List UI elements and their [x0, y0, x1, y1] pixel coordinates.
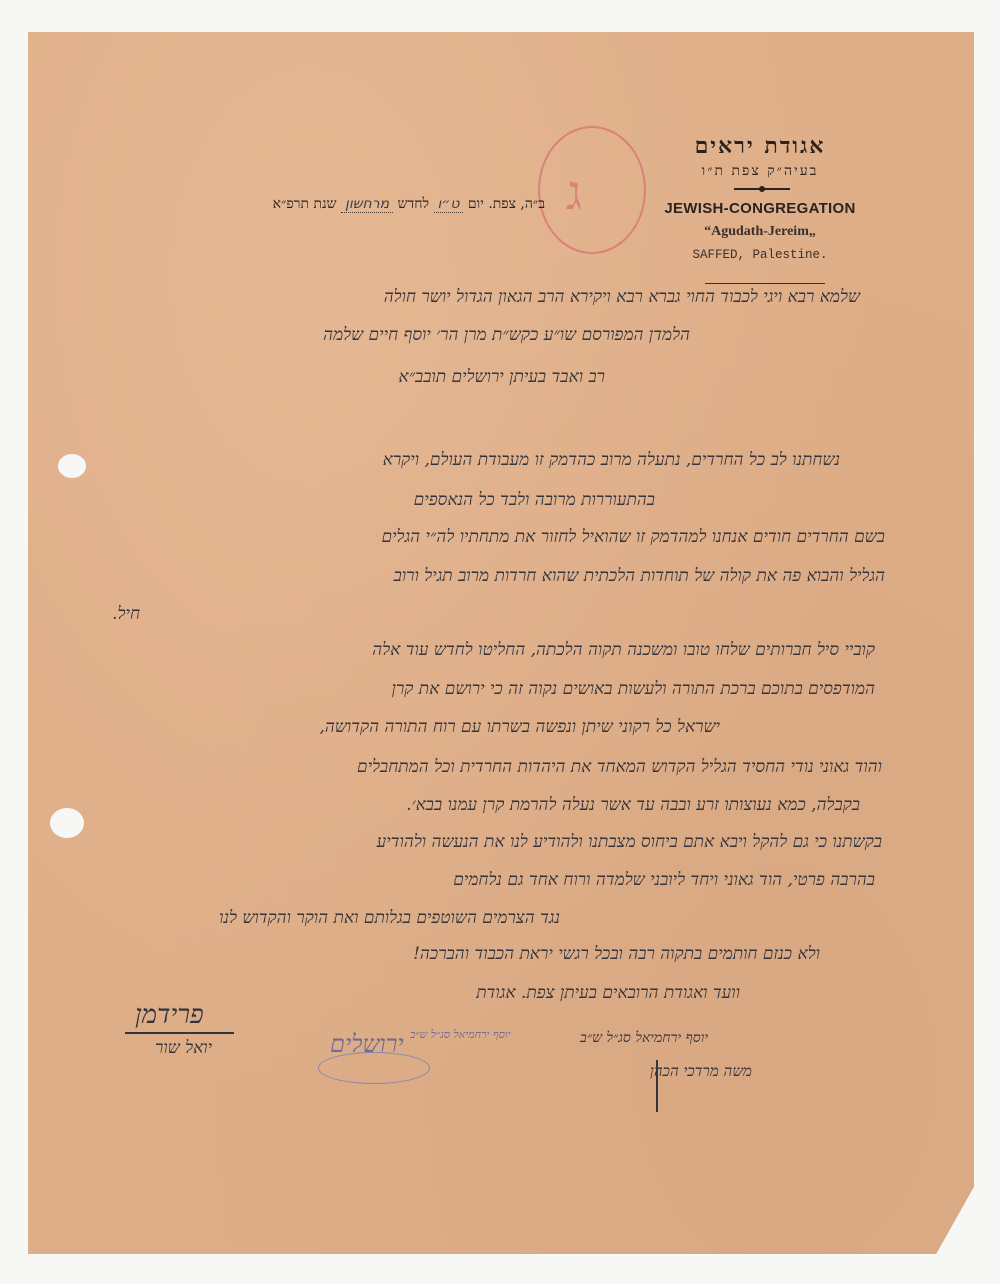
signature-yoel-shur: יואל שור — [155, 1038, 212, 1058]
body-line-14: ולא כנזם חותמים בתקוה רבה ובכל רגשי יראת… — [413, 944, 820, 964]
letterhead-english-place: SAFFED, Palestine. — [650, 248, 870, 262]
letterhead-ornament — [734, 188, 790, 190]
body-line-9: והוד גאוני נודי החסיד הגליל הקדוש המאחד … — [357, 757, 882, 777]
dateline-day: ט״ו — [434, 196, 464, 213]
dateline-year: שנת תרפ״א — [273, 196, 337, 212]
body-line-10: בקבלה, כמא נעוצותו זרע ובבה עד אשר נעלה … — [406, 795, 860, 815]
letterhead-english-name: “Agudath-Jereim„ — [650, 224, 870, 240]
body-line-3: בשם החרדים חודים אנחנו למהדמק זו שהואיל … — [381, 527, 885, 547]
salutation-line-3: רב ואבד בעיתן ירושלים תובב״א — [398, 367, 605, 387]
salutation-line-2: הלמדן המפורסם שו״ע כקש״ת מרן הר׳ יוסף חי… — [323, 325, 690, 345]
body-line-6: קוביי סיל חברותים שלחו טובו ומשכנה תקוה … — [372, 640, 875, 660]
body-line-11: בקשתנו כי גם להקל ויבא אתם ביחוס מצבתנו … — [377, 832, 882, 852]
red-circle-stamp — [538, 126, 646, 254]
dateline-month-label: לחדש — [398, 196, 429, 212]
signature-moshe-mordechai: משה מרדכי הכהן — [650, 1062, 752, 1081]
body-line-8: ישראל כל רקוני שיתן ונפשה בשרתו עם רוח ה… — [319, 717, 720, 737]
letterhead-rule — [705, 283, 825, 284]
body-line-13: נגד הצרמים השוטפים בגלותם ואת הוקר והקדו… — [219, 908, 560, 928]
salutation-line-1: שלמא רבא ויגי לכבוד החוי גברא רבא ויקירא… — [384, 287, 860, 307]
letterhead-english-title: JEWISH-CONGREGATION — [650, 200, 870, 217]
body-line-15: וועד ואגודת הרובאים בעיתן צפת. אגודת — [476, 983, 740, 1003]
dateline-month: מרחשון — [341, 196, 393, 213]
signature-right-1: יוסף ירחמיאל סג״ל ש״ב — [580, 1030, 708, 1047]
body-line-12: בהרבה פרטי, הוד גאוני ויחד ליובני שלמדה … — [453, 870, 875, 890]
body-line-1: נשחתנו לב כל החרדים, נתעלה מרוב כהדמק זו… — [383, 450, 840, 470]
letterhead-hebrew-subtitle: בעיה״ק צפת ת״ו — [655, 163, 865, 180]
body-line-7: המודפסים בתוכם ברכת התורה ולעשות באושים … — [392, 679, 875, 699]
punch-hole-lower — [50, 808, 84, 838]
letterhead-hebrew-title: אגודת יראים — [655, 133, 865, 159]
signature-friedman: פרידמן — [125, 1000, 234, 1034]
dateline: ב״ה, צפת. יום ט״ו לחדש מרחשון שנת תרפ״א — [150, 196, 545, 213]
body-line-2: בהתעוררות מרובה ולבד כל הנאספים — [414, 490, 655, 510]
punch-hole-upper — [58, 454, 86, 478]
body-line-4: הגליל והבוא פה את קולה של תוחדות הלכתית … — [394, 566, 885, 586]
body-line-5: חיל. — [112, 604, 140, 624]
signature-stroke — [656, 1060, 658, 1112]
dateline-prefix: ב״ה, צפת. יום — [468, 196, 545, 212]
signature-purple-flourish — [318, 1052, 430, 1084]
stamp-letter: ג — [566, 165, 582, 221]
signature-small-purple: יוסף ירחמיאל סג״ל ש״ב — [410, 1028, 511, 1041]
